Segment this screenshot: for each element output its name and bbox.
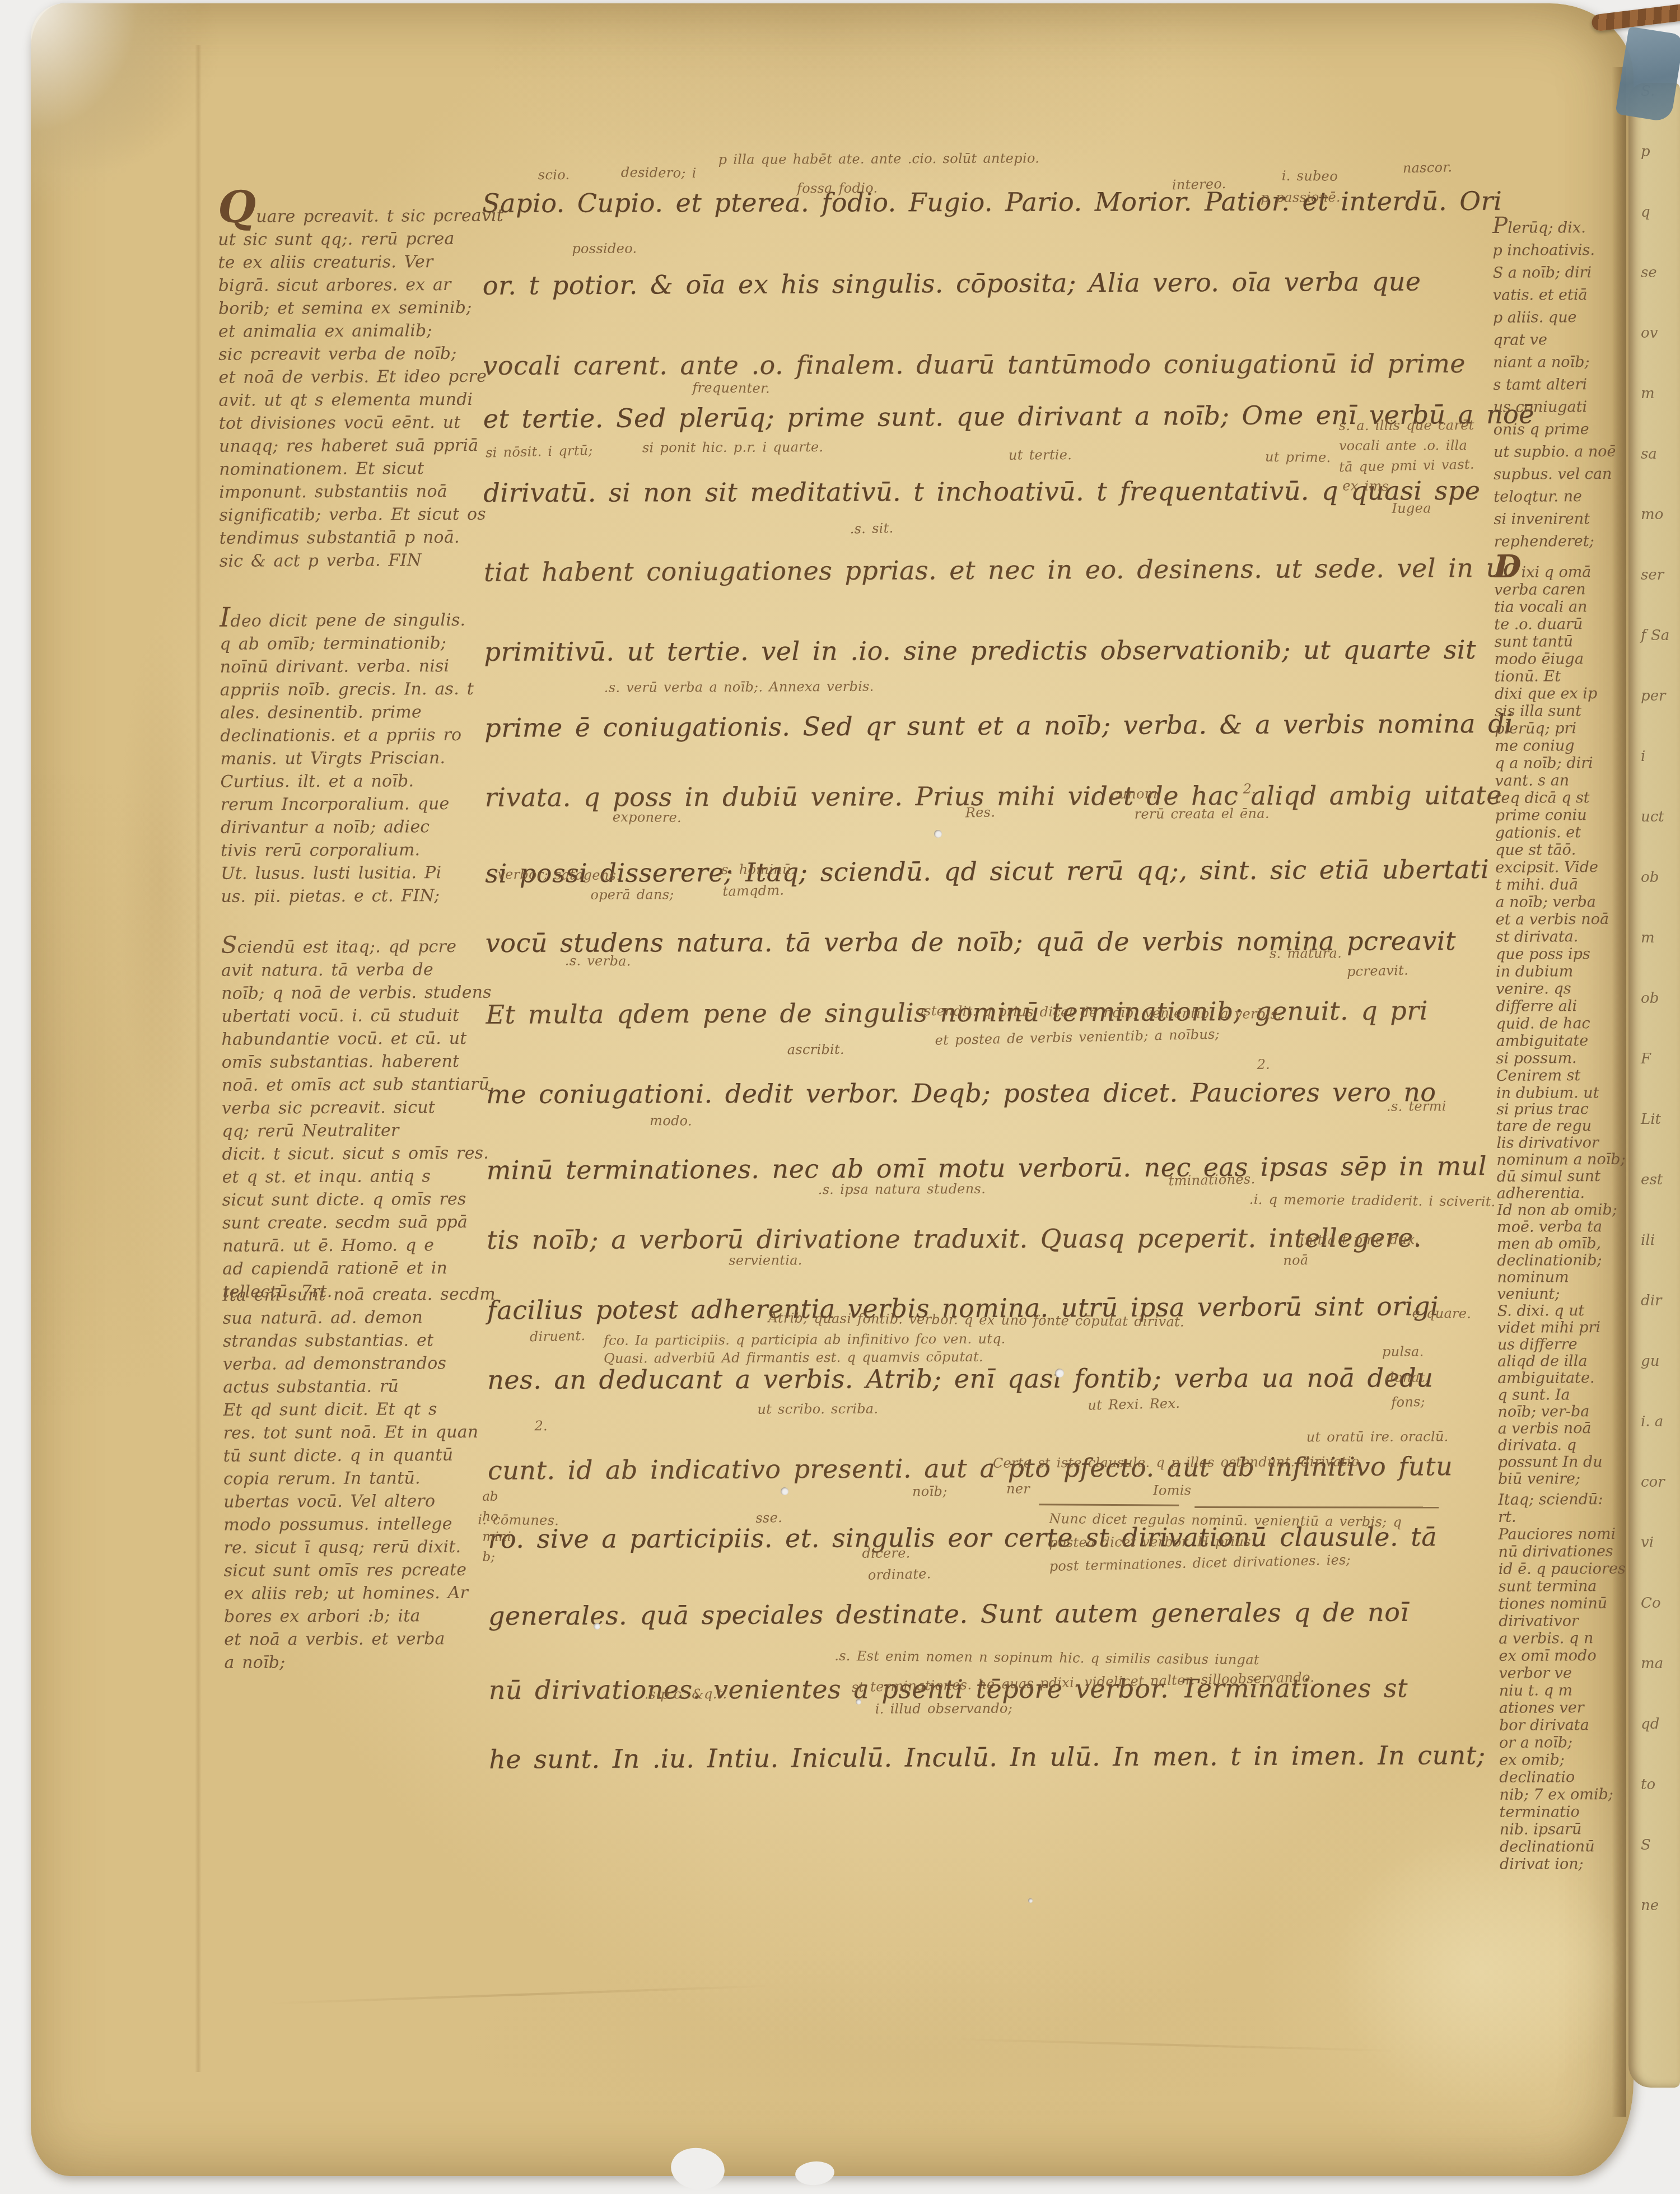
interlinear-gloss: Quasi. adverbiū Ad firmantis est. q quam… [604,1349,983,1366]
gloss-line: sic pcreavit verba de noīb; [218,342,486,366]
interlinear-gloss: s. hominū. [721,861,796,877]
main-text-line: me coniugationi. dedit verbor. Deqb; pos… [486,1077,1436,1109]
left-margin-gloss-2: Ideo dicit pene de singulis.q ab omīb; t… [220,605,488,908]
gloss-line: nominum [1497,1269,1627,1286]
interlinear-gloss: sse. [755,1510,782,1526]
parchment-hole [856,1699,861,1705]
gloss-line: ut supbio. a noē [1494,441,1623,464]
gloss-line: naturā. ut ē. Homo. q e [222,1234,490,1258]
gloss-line: lis dirivativor [1496,1135,1626,1152]
gloss-line: biū venire; [1498,1471,1628,1488]
gloss-line: moē. verba ta [1497,1219,1627,1236]
marginal-gloss: donat. [1385,1369,1430,1385]
interlinear-gloss: rerū creata el ēna. [1135,806,1270,822]
interlinear-gloss: si nōsit. i qrtū; [486,442,593,460]
main-text-line: or. t potior. & oīa ex his singulis. cōp… [483,266,1421,300]
gloss-line: vatis. et etiā [1493,284,1623,307]
gloss-line: p aliis. que [1493,306,1623,329]
interlinear-gloss: ut oratū ire. oraclū. [1306,1429,1449,1445]
gloss-line: declinationis. et a ppriis ro [220,723,488,748]
gloss-line: Et qd sunt dicit. Et qt s [223,1398,491,1422]
gloss-line: strandas substantias. et [223,1329,491,1353]
gloss-line: verbor ve [1499,1664,1628,1682]
gloss-line: possunt In du [1498,1454,1628,1471]
gloss-line: venire. qs [1496,980,1626,998]
marginal-gloss: fons; [1391,1394,1425,1410]
interlinear-gloss: diruent. [530,1328,586,1345]
gloss-line: or a noīb; [1499,1734,1629,1752]
gloss-line: avit. ut qt s elementa mundi [218,388,486,412]
gloss-line: sis illa sunt [1495,702,1625,720]
interlinear-gloss: et postea de verbis venientib; a noībus; [935,1026,1220,1048]
interlinear-gloss: ut tertie. [1009,447,1072,463]
interlinear-gloss: cunom [1111,786,1158,802]
gloss-line: dirivantur a noīb; adiec [221,815,488,839]
gloss-line: bigrā. sicut arbores. ex ar [218,273,486,297]
gloss-line: in dubium [1496,963,1626,981]
text-block: Sapio. Cupio. et pterea. fodio. Fugio. P… [0,0,1680,2194]
interlinear-gloss: Certe st iste clausule. q p illas ostend… [993,1454,1360,1471]
interlinear-gloss: Iomis [1153,1482,1191,1498]
interlinear-gloss: pcreavit. [1347,963,1409,979]
squiggle-rule [1039,1504,1179,1506]
left-margin-gloss-1: Quare pcreavit. t sic pcreavitut sic sun… [218,195,487,573]
gloss-line: st dirivata. [1496,928,1626,946]
gloss-line: borib; et semina ex seminib; [218,296,486,320]
interlinear-gloss: noīb; [912,1483,948,1499]
gloss-line: si prius trac [1496,1101,1626,1118]
interlinear-gloss: s. matura. [1270,945,1342,961]
gloss-line: habundantie vocū. et cū. ut [221,1027,489,1051]
left-margin-gloss-3: Sciendū est itaq;. qd pcreavit natura. t… [221,932,491,1304]
interlinear-gloss: si ponit hic. p.r. i quarte. [642,439,824,455]
gloss-line: adherentia. [1497,1185,1627,1202]
gloss-line: Dixi q omā [1494,558,1624,581]
marginal-gloss: Iugea [1392,500,1431,516]
main-text-line: prime ē coniugationis. Sed qr sunt et a … [484,708,1513,743]
gloss-line: noīnū dirivant. verba. nisi [220,655,488,679]
interlinear-gloss: tamqdm. [722,882,785,899]
gloss-line: mini [482,1527,511,1547]
gloss-line: res. tot sunt noā. Et in quan [223,1421,491,1445]
gloss-line: dixi que ex ip [1495,685,1625,703]
gloss-line: nib. ipsarū [1500,1820,1630,1838]
interlinear-gloss: post terminationes. dicet dirivationes. … [1049,1552,1351,1574]
gloss-line: excipsit. Vide [1495,858,1625,876]
gloss-line: manis. ut Virgts Priscian. [220,746,488,771]
gloss-line: si possum. [1496,1049,1626,1067]
gloss-line: Sciendū est itaq;. qd pcre [221,932,489,959]
main-text-line: primitivū. ut tertie. vel in .io. sine p… [484,634,1476,667]
interlinear-gloss: Atrib; quasi fontib. verbor. q ex uno fo… [768,1310,1185,1329]
gloss-line: ubertati vocū. i. cū studuit [221,1004,489,1028]
interlinear-gloss: i. subeo [1282,168,1338,184]
gloss-line: nū dirivationes [1498,1543,1628,1561]
gloss-line: copia rerum. In tantū. [223,1467,491,1491]
gloss-line: gationis. et [1495,824,1625,842]
gloss-line: significatib; verba. Et sicut os [219,503,487,527]
gloss-line: ex omib; [1499,1751,1629,1769]
gloss-line: actus substantia. rū [223,1375,491,1399]
interlinear-gloss: Res. [965,804,995,820]
gloss-line: appriis noīb. grecis. In. as. t [220,678,488,702]
gloss-line: noīb; ver-ba [1497,1403,1627,1421]
gloss-line: te .o. duarū [1494,615,1624,633]
gloss-line: tendimus substantiā p noā. [220,526,487,550]
gloss-line: Ita enī sunt noā creata. secdm [222,1283,490,1307]
gloss-line: declinatio [1499,1768,1629,1786]
interlinear-gloss: .s. Est enim nomen n sopinum hic. q simi… [834,1648,1259,1668]
right-margin-gloss-3: si prius tractare de regulis dirivativor… [1496,1101,1628,1488]
gloss-line: bores ex arbori :b; ita [224,1604,492,1628]
gloss-line: us. pii. pietas. e ct. FIN; [221,884,488,908]
main-text-line: dirivatū. si non sit meditativū. t incho… [483,475,1480,508]
interlinear-gloss: i. illud observando; [875,1701,1013,1717]
gloss-line: Ideo dicit pene de singulis. [220,605,487,633]
gloss-line: aliqd de illa [1497,1353,1627,1370]
gloss-line: b; [483,1547,512,1567]
gloss-line: tare de regu [1496,1118,1626,1135]
right-margin-gloss-1: Plerūq; dix.p inchoativis.S a noīb; diri… [1492,214,1624,553]
gloss-line: re. sicut ī qusq; rerū dixit. [223,1535,491,1560]
gloss-line: p inchoativis. [1492,239,1622,262]
parchment-hole [594,1623,600,1630]
interlinear-gloss: frequenter. [692,380,770,396]
gloss-line: us differre [1497,1336,1627,1353]
interlinear-gloss: initia t pme dux. [1300,1231,1420,1248]
interlinear-gloss: noā [1283,1252,1309,1268]
gloss-line: in dubium. ut [1496,1084,1626,1102]
parchment-hole [1028,1898,1033,1903]
gloss-line: que st tāō. [1495,841,1625,859]
marginal-gloss: e quare. [1412,1305,1472,1322]
gloss-line: q a noīb; diri [1495,754,1625,772]
gloss-line: tionū. Et [1495,667,1625,685]
gloss-line: t mihi. duā [1495,876,1625,894]
manuscript-scan: { "page": { "background_hex": "#efeeec",… [0,0,1680,2194]
gloss-line: Plerūq; dix. [1492,214,1622,240]
marginal-side-note: abhominib; [482,1487,511,1567]
gloss-line: onis q prime [1494,418,1623,441]
gloss-line: et animalia ex animalib; [218,319,486,343]
gloss-line: prime coniu [1495,806,1625,824]
gloss-line: Ut. lusus. lusti lusitia. Pi [221,861,488,885]
gloss-line: dū simul sunt [1497,1168,1627,1185]
main-text-line: nes. an deducant a verbis. Atrib; enī qa… [487,1362,1433,1395]
gloss-line: sua naturā. ad. demon [223,1306,491,1330]
gloss-line: men ab omīb, [1497,1235,1627,1253]
gloss-line: et q st. et inqu. antiq s [222,1165,490,1189]
parchment-hole [781,1487,788,1495]
gloss-line: ut sic sunt qq;. rerū pcrea [218,227,486,251]
gloss-line: differre ali [1496,997,1626,1015]
gloss-line: et a verbis noā [1496,911,1626,928]
gloss-line: bor dirivata [1499,1716,1629,1734]
squiggle-rule [1194,1506,1439,1508]
parchment-hole [1055,1369,1064,1378]
gloss-line: Pauciores nomi [1498,1525,1628,1543]
superscript-mark: 2. [1257,1057,1271,1072]
gloss-line: te ex aliis creaturis. Ver [218,250,486,274]
gloss-line: a noīb; verba [1495,893,1625,911]
gloss-line: s tamt alteri [1493,374,1623,396]
gloss-line: terminatio [1500,1803,1630,1821]
gloss-line: q ab omīb; terminationib; [220,632,487,656]
gloss-line: tiones nominū [1499,1595,1628,1613]
interlinear-gloss: .s. ipsa natura studens. [818,1181,986,1197]
main-text-line: generales. quā speciales destinate. Sunt… [488,1597,1409,1631]
gloss-line: unaqq; res haberet suā ppriā [219,434,487,458]
interlinear-gloss: exponere. [613,809,682,825]
interlinear-gloss: .s.p.c. &q.t. [645,1686,727,1702]
interlinear-gloss: .s. verba. [565,953,631,969]
left-margin-gloss-4: Ita enī sunt noā creata. secdmsua naturā… [222,1283,492,1674]
gloss-line: qrat ve [1493,329,1623,352]
gloss-line: S. dixi. q ut [1497,1303,1627,1320]
gloss-line: Itaq; sciendū: [1498,1491,1628,1509]
interlinear-gloss: .s. termi [1387,1098,1446,1114]
gloss-line: tia vocali an [1494,598,1624,616]
gloss-line: Id non ab omib; [1497,1202,1627,1219]
main-text-line: tis noīb; a verborū dirivatione traduxit… [487,1222,1422,1255]
interlinear-gloss: p passionē. [1261,189,1341,206]
marginal-gloss: pulsa. [1382,1343,1424,1359]
interlinear-gloss: desidero; i [621,165,697,181]
gloss-line: veniunt; [1497,1286,1627,1303]
gloss-line: tū sunt dicte. q in quantū [223,1444,491,1468]
main-text-line: tiat habent coniugationes pprias. et nec… [484,553,1519,587]
interlinear-gloss: .s. sit. [850,520,893,537]
gloss-line: sunt tantū [1494,633,1624,651]
interlinear-gloss: scio. [538,167,570,183]
gloss-line: si invenirent [1494,508,1623,531]
gloss-line: S a noīb; diri [1493,262,1623,284]
parchment-hole [934,830,942,838]
gloss-line: ex omī modo [1499,1647,1628,1665]
superscript-mark: 2. [534,1418,548,1434]
marginal-gloss: ex ims [1342,478,1389,494]
gloss-line: ho [482,1507,511,1527]
gloss-line: verba. ad demonstrandos [223,1352,491,1376]
gloss-line: id ē. q pauciores [1499,1560,1628,1578]
gloss-line: rt. [1498,1508,1628,1526]
interlinear-gloss: verbor; satagens. [497,866,620,883]
gloss-line: omīs substantias. haberent [222,1050,489,1074]
interlinear-gloss: p illa que habēt ate. ante .cio. solūt a… [718,150,1040,167]
interlinear-gloss: fco. Ia participiis. q participia ab inf… [604,1331,1006,1348]
interlinear-gloss: postea dicet verbor. H prius. [1049,1534,1255,1551]
gloss-line: quid. de hac [1496,1015,1626,1033]
main-text-line: Sapio. Cupio. et pterea. fodio. Fugio. P… [482,186,1502,218]
gloss-line: ab [482,1487,511,1507]
gloss-line: noīb; q noā de verbis. studens [221,981,489,1005]
gloss-line: et noā de verbis. Et ideo pcre [218,365,486,389]
gloss-line: dirivata. q [1498,1437,1628,1454]
gloss-line: nib; 7 ex omib; [1499,1786,1629,1804]
gloss-line: avit natura. tā verba de [221,958,489,982]
gloss-line: niu t. q m [1499,1682,1629,1700]
gloss-line: Curtius. ilt. et a noīb. [220,769,488,793]
gloss-line: a noīb; [224,1650,492,1674]
interlinear-gloss: ut Rexi. Rex. [1088,1395,1180,1413]
interlinear-gloss: dicere. [862,1545,910,1561]
superscript-mark: 2. [1243,781,1257,797]
gloss-line: declinationū [1500,1838,1630,1856]
gloss-line: modo possumus. intellege [223,1513,491,1537]
gloss-line: q sunt. Ia [1497,1387,1627,1404]
interlinear-gloss: tminationes. [1168,1171,1255,1188]
gloss-line: ambiguitate. [1497,1370,1627,1387]
gloss-line: us coniugati [1494,396,1623,419]
gloss-line: dicit. t sicut. sicut s omīs res. [222,1142,489,1166]
gloss-line: et noā a verbis. et verba [224,1627,492,1651]
gloss-line: ales. desinentib. prime [220,701,488,725]
main-text-line: si possi disserere; Itaq; sciendū. qd si… [485,854,1489,889]
gloss-line: teloqtur. ne [1494,486,1623,508]
gloss-line: Quare pcreavit. t sic pcreavit [218,195,486,228]
gloss-line: teq dicā q st [1495,789,1625,807]
gloss-line: ambiguitate [1496,1032,1626,1050]
interlinear-gloss: servientia. [729,1252,802,1268]
interlinear-gloss: fossa fodio. [797,180,878,197]
gloss-line: ex aliis reb; ut homines. Ar [224,1581,492,1605]
gloss-line: sunt create. secdm suā ppā [222,1211,490,1235]
gloss-line: videt mihi pri [1497,1319,1627,1337]
gloss-line: sicut sunt dicte. q omīs res [222,1188,490,1212]
gloss-line: dirivativor [1499,1612,1628,1630]
gloss-line: plerūq; pri [1495,720,1625,737]
marginal-gloss: tā que pmi vi vast. [1339,456,1474,475]
main-text-line: vocali carent. ante .o. finalem. duarū t… [483,348,1466,381]
gloss-line: sunt termina [1499,1577,1628,1595]
gloss-line: imponunt. substantiis noā [219,480,487,504]
gloss-line: que poss ips [1496,945,1626,963]
gloss-line: me coniug [1495,737,1625,755]
interlinear-gloss: ner [1006,1481,1030,1496]
gloss-line: vant. s an [1495,772,1625,790]
interlinear-gloss: operā dans; [590,886,674,903]
gloss-line: verba sic pcreavit. sicut [222,1096,489,1120]
gloss-line: nominationem. Et sicut [219,457,487,481]
interlinear-gloss: modo. [650,1113,692,1129]
gloss-line: ubertas vocū. Vel altero [223,1490,491,1514]
interlinear-gloss: .i. q memorie tradiderit. i sciverit. [1249,1192,1496,1210]
gloss-line: a verbis noā [1498,1420,1628,1437]
right-margin-gloss-2: Dixi q omāverba carentia vocali ante .o.… [1494,558,1626,1102]
gloss-line: declinationib; [1497,1252,1627,1269]
main-text-line: minū terminationes. nec ab omī motu verb… [486,1151,1487,1185]
gloss-line: sic & act p verba. FIN [220,549,487,573]
interlinear-gloss: ordinate. [867,1566,931,1583]
gloss-line: supbus. vel can [1494,463,1623,486]
gloss-line: sicut sunt omīs res pcreate [224,1558,492,1583]
gloss-line: tot divisiones vocū eēnt. ut [219,411,487,435]
gloss-line: noā. et omīs act sub stantiarū. [222,1073,489,1097]
gloss-line: a verbis. q n [1499,1630,1628,1647]
gloss-line: ad capiendā rationē et in [222,1257,490,1281]
interlinear-gloss: intereo. [1172,176,1226,193]
gloss-line: rerum Incorporalium. que [221,792,488,816]
gloss-line: niant a noīb; [1493,351,1623,374]
main-text-line: he sunt. In .iu. Intiu. Iniculū. Inculū.… [489,1740,1486,1775]
gloss-line: tivis rerū corporalium. [221,838,488,862]
gloss-line: ationes ver [1499,1699,1629,1717]
interlinear-gloss: possideo. [572,241,637,257]
marginal-gloss: vocali ante .o. illa [1339,437,1467,454]
gloss-line: Cenirem st [1496,1067,1626,1085]
interlinear-gloss: nascor. [1402,159,1452,176]
interlinear-gloss: ut prime. [1265,449,1331,465]
right-margin-gloss-4: Itaq; sciendū:rt.Pauciores nominū diriva… [1498,1491,1630,1873]
interlinear-gloss: ascribit. [787,1042,844,1057]
gloss-line: qq; rerū Neutraliter [222,1119,489,1143]
gloss-line: verba caren [1494,581,1624,599]
gloss-line: dirivat ion; [1500,1855,1630,1873]
marginal-gloss: s. a. illis que carēt [1339,417,1474,433]
interlinear-gloss: .s. verū verba a noīb;. Annexa verbis. [604,679,874,695]
interlinear-gloss: ut scribo. scriba. [757,1401,878,1417]
gloss-line: nominum a noīb; [1496,1151,1626,1169]
gloss-line: modo ēiuga [1495,650,1625,668]
